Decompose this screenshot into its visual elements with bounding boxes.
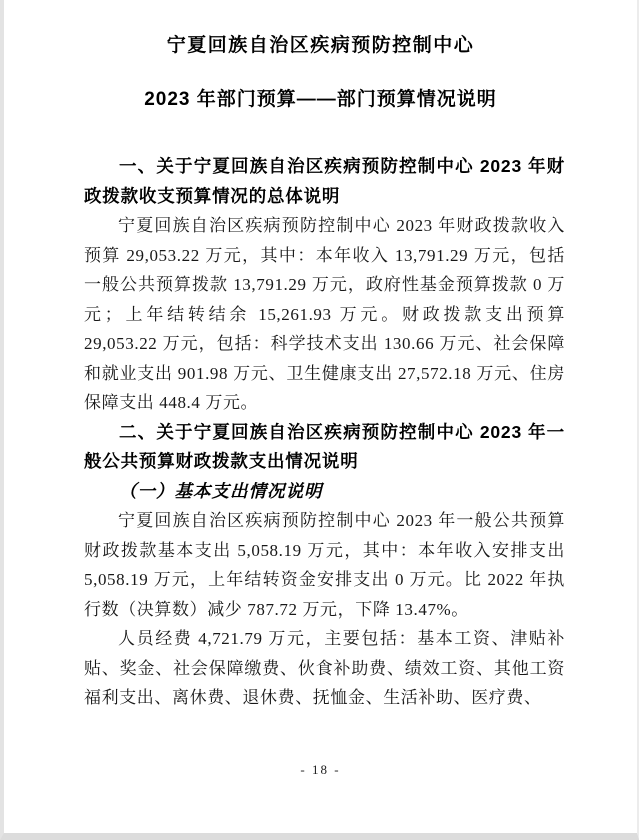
section-2-paragraph-2: 人员经费 4,721.79 万元，主要包括：基本工资、津贴补贴、奖金、社会保障缴… [84,624,565,713]
document-body: 一、关于宁夏回族自治区疾病预防控制中心 2023 年财政拨款收支预算情况的总体说… [84,152,565,713]
document-title: 宁夏回族自治区疾病预防控制中心 [4,30,637,57]
section-1-paragraph: 宁夏回族自治区疾病预防控制中心 2023 年财政拨款收入预算 29,053.22… [84,211,565,418]
section-2-heading: 二、关于宁夏回族自治区疾病预防控制中心 2023 年一般公共预算财政拨款支出情况… [84,418,565,477]
document-subtitle: 2023 年部门预算——部门预算情况说明 [4,84,637,111]
page-number: - 18 - [4,762,637,778]
section-2-paragraph-1: 宁夏回族自治区疾病预防控制中心 2023 年一般公共预算财政拨款基本支出 5,0… [84,506,565,624]
document-page: 宁夏回族自治区疾病预防控制中心 2023 年部门预算——部门预算情况说明 一、关… [0,0,639,840]
section-1-heading: 一、关于宁夏回族自治区疾病预防控制中心 2023 年财政拨款收支预算情况的总体说… [84,152,565,211]
section-2-subheading: （一）基本支出情况说明 [84,477,565,507]
